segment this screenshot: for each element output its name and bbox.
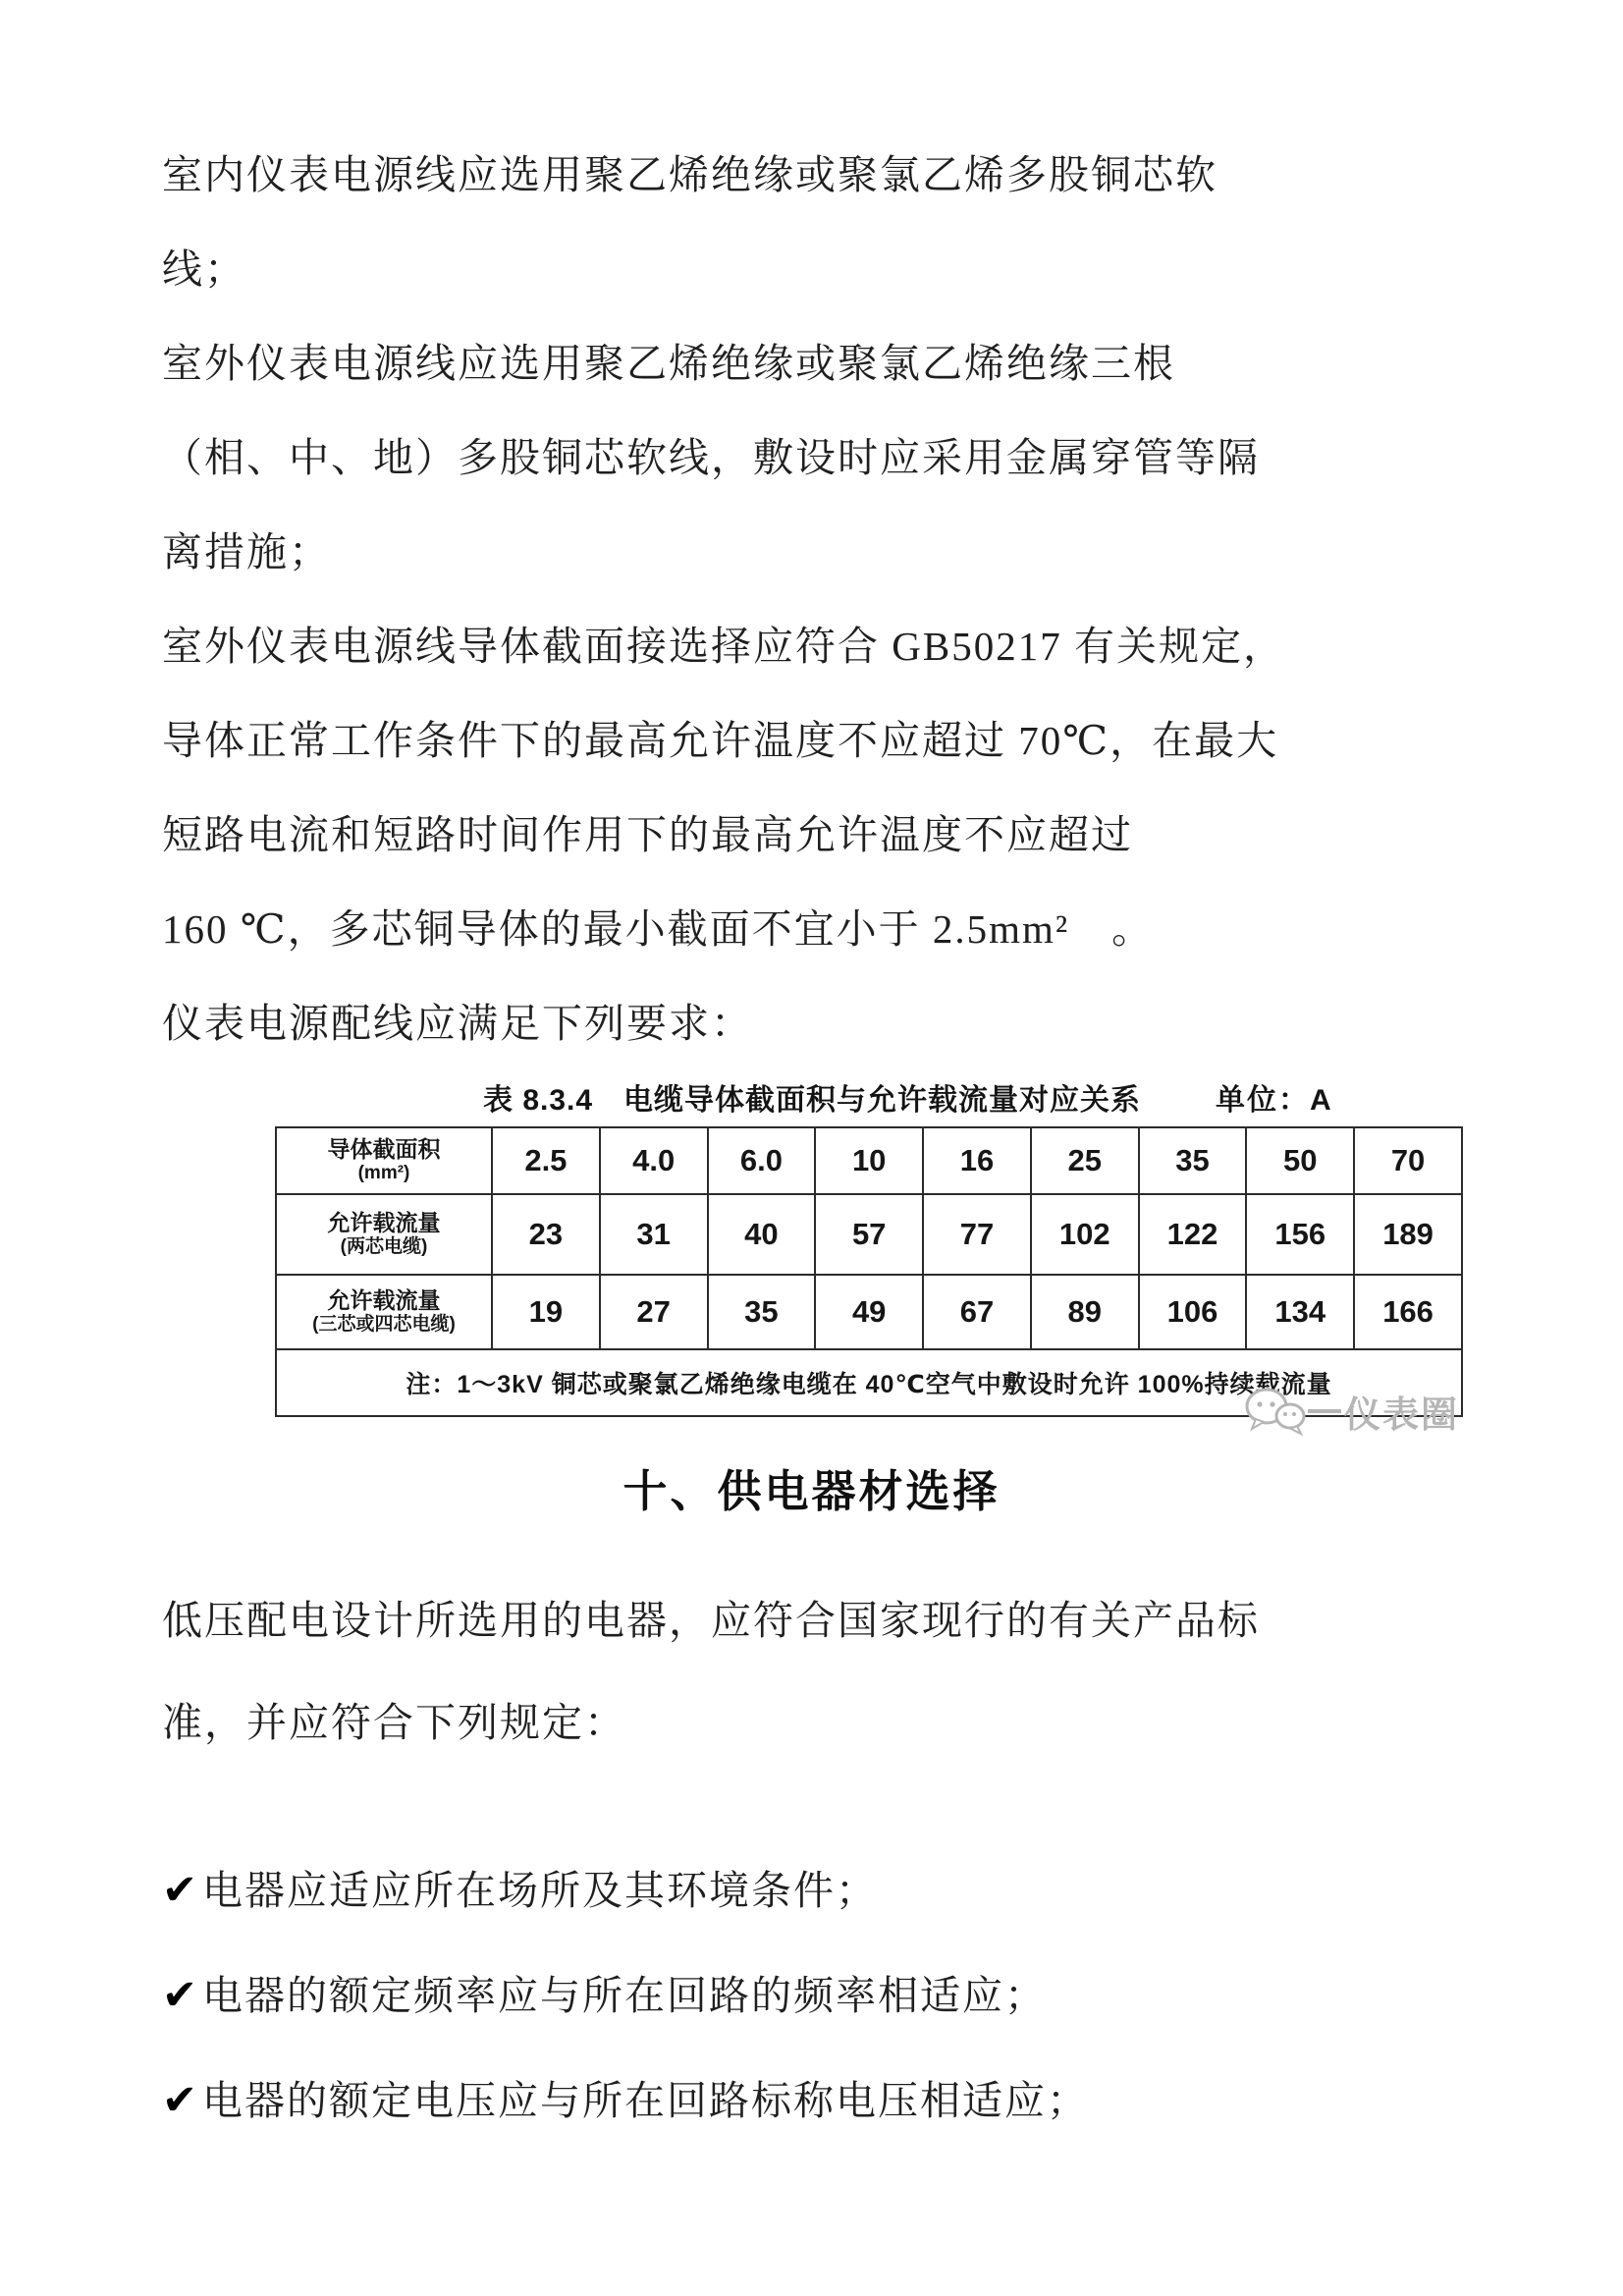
table-cell: 10 [815,1127,923,1194]
text-line: 导体正常工作条件下的最高允许温度不应超过 70℃，在最大 [162,693,1505,788]
table-cell: 27 [600,1275,708,1349]
table-caption: 表 8.3.4 电缆导体截面积与允许载流量对应关系 [483,1075,1141,1119]
table-cell: 35 [1139,1127,1247,1194]
paragraph-low-voltage-selection: 低压配电设计所选用的电器，应符合国家现行的有关产品标 准，并应符合下列规定： [162,1569,1505,1774]
table-cell: 50 [1246,1127,1354,1194]
row-title: 允许载流量 [277,1210,491,1237]
text-line: 线； [162,222,1505,316]
table-cell: 89 [1031,1275,1139,1349]
table-cell: 49 [815,1275,923,1349]
document-page: 室内仪表电源线应选用聚乙烯绝缘或聚氯乙烯多股铜芯软 线； 室外仪表电源线应选用聚… [0,0,1623,2296]
header-sub: (mm²) [277,1163,491,1185]
check-icon: ✔ [162,2076,199,2125]
table-cell: 189 [1354,1194,1462,1275]
table-cell: 67 [923,1275,1031,1349]
text-line: 短路电流和短路时间作用下的最高允许温度不应超过 [162,788,1505,882]
table-header-cell: 导体截面积 (mm²) [276,1127,492,1194]
text-line: 室外仪表电源线应选用聚乙烯绝缘或聚氯乙烯绝缘三根 [162,316,1505,410]
text-line: 160 ℃，多芯铜导体的最小截面不宜小于 2.5mm² 。 [162,882,1505,976]
table-cell: 23 [492,1194,600,1275]
table-cell: 106 [1139,1275,1247,1349]
text-line: 低压配电设计所选用的电器，应符合国家现行的有关产品标 [162,1569,1505,1671]
table-cell: 19 [492,1275,600,1349]
watermark-text: 仪表圈 [1344,1385,1459,1438]
header-title: 导体截面积 [277,1136,491,1164]
list-item: ✔电器应适应所在场所及其环境条件； [162,1838,1505,1943]
table-cell: 31 [600,1194,708,1275]
watermark-dash [1308,1409,1341,1413]
section-heading: 十、供电器材选择 [0,1455,1623,1519]
table-cell: 40 [708,1194,816,1275]
list-item-text: 电器的额定电压应与所在回路标称电压相适应； [202,2078,1089,2123]
table-unit-label: 单位：A [1216,1075,1333,1119]
table-cell: 2.5 [492,1127,600,1194]
text-line: 准，并应符合下列规定： [162,1671,1505,1774]
table-cell: 4.0 [600,1127,708,1194]
table-cell: 166 [1354,1275,1462,1349]
table-row-three-four-core: 允许载流量 (三芯或四芯电缆) 19 27 35 49 67 89 106 13… [276,1275,1462,1349]
table-row-two-core: 允许载流量 (两芯电缆) 23 31 40 57 77 102 122 156 … [276,1194,1462,1275]
table-8-3-4-block: 表 8.3.4 电缆导体截面积与允许载流量对应关系 单位：A 导体截面积 (mm… [275,1066,1463,1417]
list-item-text: 电器的额定频率应与所在回路的频率相适应； [202,1973,1047,2018]
text-line: 室外仪表电源线导体截面接选择应符合 GB50217 有关规定， [162,599,1505,693]
text-line: 仪表电源配线应满足下列要求： [162,976,1505,1070]
chat-bubbles-icon [1242,1384,1307,1439]
row-label-cell: 允许载流量 (三芯或四芯电缆) [276,1275,492,1349]
table-cell: 70 [1354,1127,1462,1194]
list-item-text: 电器应适应所在场所及其环境条件； [202,1868,878,1913]
table-cell: 134 [1246,1275,1354,1349]
table-cell: 57 [815,1194,923,1275]
requirements-list: ✔电器应适应所在场所及其环境条件； ✔电器的额定频率应与所在回路的频率相适应； … [162,1838,1505,2154]
table-cell: 25 [1031,1127,1139,1194]
table-cell: 156 [1246,1194,1354,1275]
table-cell: 6.0 [708,1127,816,1194]
table-cell: 102 [1031,1194,1139,1275]
watermark: 仪表圈 [1242,1384,1459,1439]
paragraph-instrument-power-wiring: 室内仪表电源线应选用聚乙烯绝缘或聚氯乙烯多股铜芯软 线； 室外仪表电源线应选用聚… [162,128,1505,1070]
text-line: 室内仪表电源线应选用聚乙烯绝缘或聚氯乙烯多股铜芯软 [162,128,1505,222]
list-item: ✔电器的额定频率应与所在回路的频率相适应； [162,1943,1505,2049]
list-item: ✔电器的额定电压应与所在回路标称电压相适应； [162,2049,1505,2154]
text-line: 离措施； [162,505,1505,599]
text-line: （相、中、地）多股铜芯软线，敷设时应采用金属穿管等隔 [162,410,1505,505]
table-caption-row: 表 8.3.4 电缆导体截面积与允许载流量对应关系 单位：A [275,1066,1463,1126]
check-icon: ✔ [162,1866,199,1915]
table-cell: 16 [923,1127,1031,1194]
table-cell: 35 [708,1275,816,1349]
row-title: 允许载流量 [277,1287,491,1315]
table-cell: 77 [923,1194,1031,1275]
row-sub: (两芯电缆) [277,1236,491,1259]
ampacity-table: 导体截面积 (mm²) 2.5 4.0 6.0 10 16 25 35 50 7… [275,1126,1463,1417]
table-cell: 122 [1139,1194,1247,1275]
table-header-row: 导体截面积 (mm²) 2.5 4.0 6.0 10 16 25 35 50 7… [276,1127,1462,1194]
row-label-cell: 允许载流量 (两芯电缆) [276,1194,492,1275]
check-icon: ✔ [162,1971,199,2020]
row-sub: (三芯或四芯电缆) [277,1314,491,1337]
